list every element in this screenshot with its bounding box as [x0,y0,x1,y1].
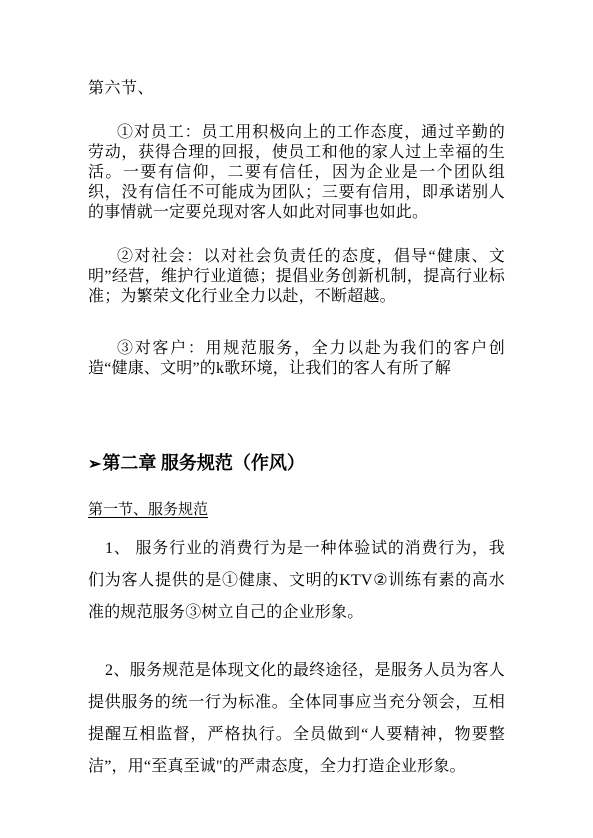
paragraph-customer-values: ③对客户：用规范服务，全力以赴为我们的客户创造“健康、文明”的k歌环境，让我们的… [88,339,505,379]
paragraph-service-2: 2、服务规范是体现文化的最终途径，是服务人员为客人提供服务的统一行为标准。全体同… [88,655,505,783]
paragraph-employee-values: ①对员工：员工用积极向上的工作态度，通过辛勤的劳动，获得合理的回报，使员工和他的… [88,123,505,223]
section6-heading: 第六节、 [88,78,505,99]
chapter2-heading: ➢第二章 服务规范（作风） [88,451,505,477]
arrow-bullet-icon: ➢ [88,456,101,473]
paragraph-service-1: 1、 服务行业的消费行为是一种体验试的消费行为，我们为客人提供的是①健康、文明的… [88,533,505,629]
paragraph-society-values: ②对社会：以对社会负责任的态度，倡导“健康、文明”经营，维护行业道德；提倡业务创… [88,247,505,307]
section1-heading: 第一节、服务规范 [88,500,505,520]
document-page: 第六节、 ①对员工：员工用积极向上的工作态度，通过辛勤的劳动，获得合理的回报，使… [0,0,593,838]
chapter2-title: 第二章 服务规范（作风） [102,453,305,473]
